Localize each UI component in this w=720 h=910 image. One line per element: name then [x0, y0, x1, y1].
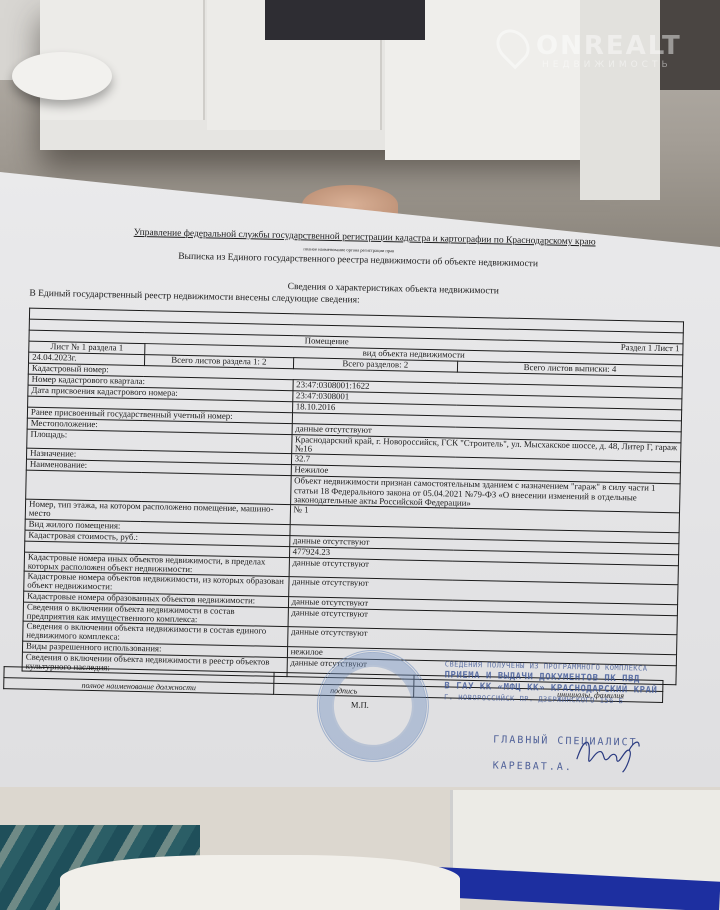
egrn-extract: Управление федеральной службы государств… [0, 172, 720, 802]
tv-cabinet [40, 0, 610, 150]
seal-caption: М.П. [351, 699, 369, 709]
section-sheet: Раздел 1 Лист 1 [621, 343, 680, 353]
white-cloth [60, 855, 460, 910]
property-info-table: Помещение Раздел 1 Лист 1 Лист № 1 разде… [22, 308, 684, 686]
signature-caption: подпись [274, 683, 414, 697]
document-title: Выписка из Единого государственного реес… [178, 252, 538, 270]
background-bottom [0, 785, 720, 910]
issuing-authority: Управление федеральной службы государств… [134, 228, 596, 248]
mfc-stamp: СВЕДЕНИЯ ПОЛУЧЕНЫ ИЗ ПРОГРАММНОГО КОМПЛЕ… [444, 659, 658, 707]
watermark: ONREALT НЕДВИЖИМОСТЬ [498, 28, 682, 64]
property-rows: Номер кадастрового квартала:23:47:030800… [22, 374, 682, 685]
handwritten-signature [573, 729, 644, 775]
watermark-subtitle: НЕДВИЖИМОСТЬ [542, 60, 672, 70]
watermark-brand: ONREALT [536, 31, 682, 61]
robot-vacuum [12, 52, 112, 100]
object-type: Помещение [305, 335, 349, 346]
document-paper: Управление федеральной службы государств… [0, 172, 720, 787]
cabinet-shelf [265, 0, 425, 40]
authority-caption: полное наименование органа регистрации п… [303, 246, 394, 253]
